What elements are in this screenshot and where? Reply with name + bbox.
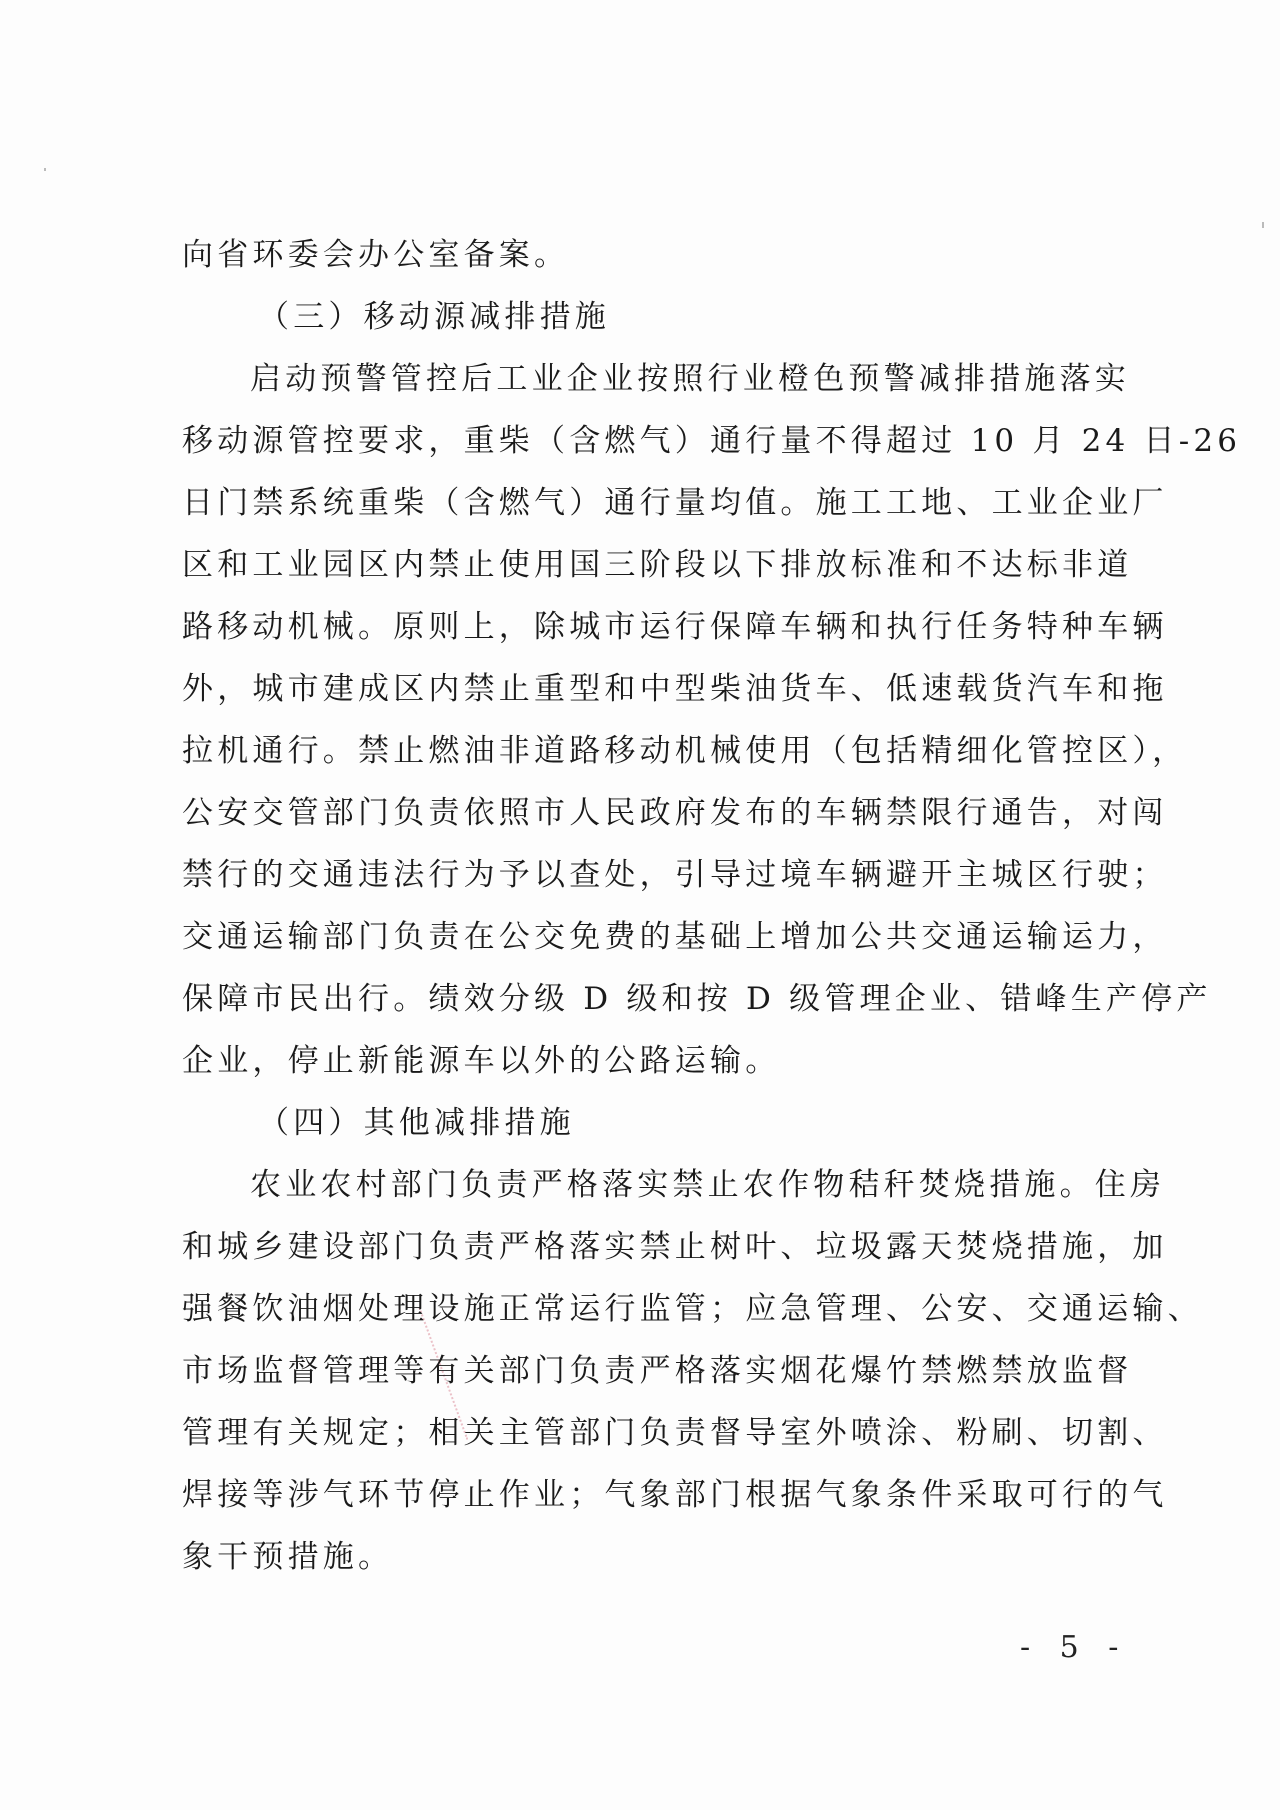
paragraph-line: 保障市民出行。绩效分级 D 级和按 D 级管理企业、错峰生产停产 [182, 977, 1105, 1021]
paragraph-line: 外，城市建成区内禁止重型和中型柴油货车、低速载货汽车和拖 [182, 667, 1105, 711]
document-page: 向省环委会办公室备案。 （三）移动源减排措施 启动预警管控后工业企业按照行业橙色… [0, 0, 1280, 1810]
paragraph-line: 启动预警管控后工业企业按照行业橙色预警减排措施落实 [250, 357, 1105, 401]
paragraph-line: 向省环委会办公室备案。 [182, 233, 1105, 277]
scan-speck [44, 168, 46, 171]
paragraph-line: 强餐饮油烟处理设施正常运行监管；应急管理、公安、交通运输、 [182, 1287, 1105, 1331]
scan-speck [1262, 222, 1264, 228]
paragraph-line: 路移动机械。原则上，除城市运行保障车辆和执行任务特种车辆 [182, 605, 1105, 649]
section-heading-other-measures: （四）其他减排措施 [258, 1101, 1181, 1145]
page-number: - 5 - [1020, 1630, 1128, 1665]
paragraph-line: 象干预措施。 [182, 1535, 1105, 1579]
paragraph-line: 区和工业园区内禁止使用国三阶段以下排放标准和不达标非道 [182, 543, 1105, 587]
paragraph-line: 焊接等涉气环节停止作业；气象部门根据气象条件采取可行的气 [182, 1473, 1105, 1517]
paragraph-line: 管理有关规定；相关主管部门负责督导室外喷涂、粉刷、切割、 [182, 1411, 1105, 1455]
paragraph-line: 和城乡建设部门负责严格落实禁止树叶、垃圾露天焚烧措施，加 [182, 1225, 1105, 1269]
paragraph-line: 交通运输部门负责在公交免费的基础上增加公共交通运输运力， [182, 915, 1105, 959]
paragraph-line: 日门禁系统重柴（含燃气）通行量均值。施工工地、工业企业厂 [182, 481, 1105, 525]
paragraph-line: 移动源管控要求，重柴（含燃气）通行量不得超过 10 月 24 日-26 [182, 419, 1105, 463]
paragraph-line: 拉机通行。禁止燃油非道路移动机械使用（包括精细化管控区）， [182, 729, 1105, 773]
paragraph-line: 公安交管部门负责依照市人民政府发布的车辆禁限行通告，对闯 [182, 791, 1105, 835]
paragraph-line: 市场监督管理等有关部门负责严格落实烟花爆竹禁燃禁放监督 [182, 1349, 1105, 1393]
paragraph-line: 禁行的交通违法行为予以查处，引导过境车辆避开主城区行驶； [182, 853, 1105, 897]
paragraph-line: 企业，停止新能源车以外的公路运输。 [182, 1039, 1105, 1083]
paragraph-line: 农业农村部门负责严格落实禁止农作物秸秆焚烧措施。住房 [250, 1163, 1105, 1207]
section-heading-mobile-source: （三）移动源减排措施 [258, 295, 1181, 339]
